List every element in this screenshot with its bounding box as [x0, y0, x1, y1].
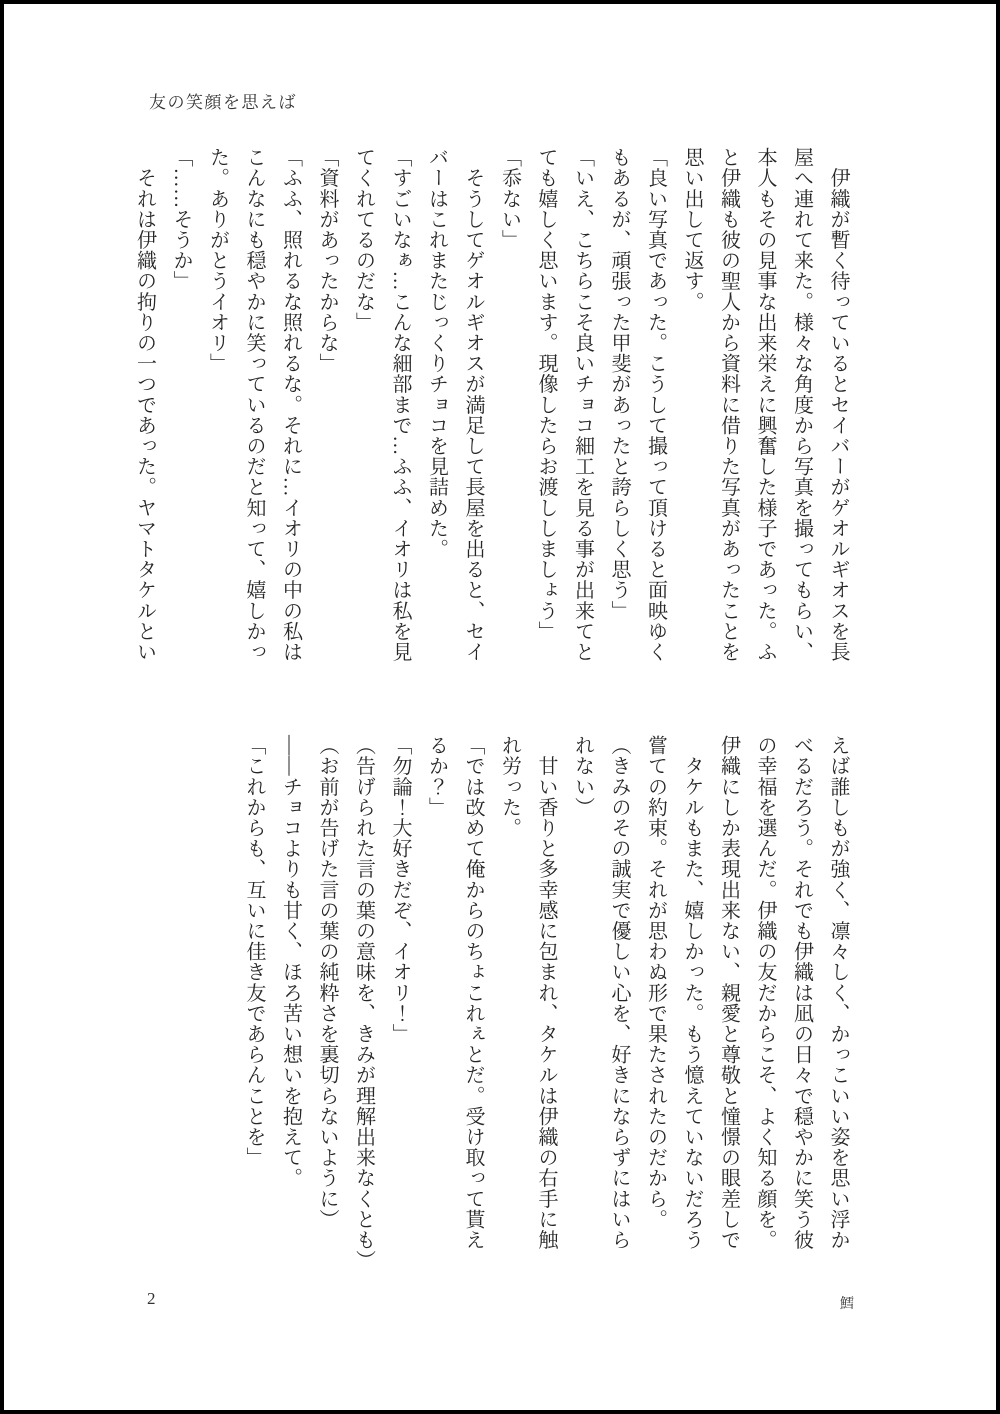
text-column: 「忝ない」	[491, 147, 528, 681]
bottom-text-block: えば誰しもが強く、凛々しく、かっこいい姿を思い浮か べるだろう。それでも伊織は凪…	[236, 735, 857, 1269]
text-column: 「良い写真であった。こうして撮って頂けると面映ゆく	[637, 147, 674, 681]
text-column: ――チョコよりも甘く、ほろ苦い想いを抱えて。	[272, 735, 309, 1269]
text-column: 「ふふ、照れるな照れるな。それに…イオリの中の私は	[272, 147, 309, 681]
text-column: と伊織も彼の聖人から資料に借りた写真があったことを	[710, 147, 747, 681]
text-column: るか？」	[418, 735, 455, 1269]
text-column: それは伊織の拘りの一つであった。ヤマトタケルとい	[126, 147, 163, 681]
text-column: 本人もその見事な出来栄えに興奮した様子であった。ふ	[747, 147, 784, 681]
text-column: の幸福を選んだ。伊織の友だからこそ、よく知る顔を。	[747, 735, 784, 1269]
text-column: 「……そうか」	[163, 147, 200, 681]
text-column: （きみのその誠実で優しい心を、好きにならずにはいら	[601, 735, 638, 1269]
text-column: 「これからも、互いに佳き友であらんことを」	[236, 735, 273, 1269]
top-text-block: 伊織が暫く待っているとセイバーがゲオルギオスを長 屋へ連れて来た。様々な角度から…	[126, 147, 856, 681]
text-column: 甘い香りと多幸感に包まれ、タケルは伊織の右手に触	[528, 735, 565, 1269]
text-column: 「では改めて俺からのちょこれぇとだ。受け取って貰え	[455, 735, 492, 1269]
text-column: こんなにも穏やかに笑っているのだと知って、嬉しかっ	[236, 147, 273, 681]
text-column: （告げられた言の葉の意味を、きみが理解出来なくとも）	[345, 735, 382, 1269]
text-column: そうしてゲオルギオスが満足して長屋を出ると、セイ	[455, 147, 492, 681]
author-mark: 鱈	[840, 1293, 854, 1313]
text-column: 「すごいなぁ…こんな細部まで…ふふ、イオリは私を見	[382, 147, 419, 681]
text-column: 思い出して返す。	[674, 147, 711, 681]
text-column: 「いえ、こちらこそ良いチョコ細工を見る事が出来てと	[564, 147, 601, 681]
text-column: れ労った。	[491, 735, 528, 1269]
text-column: 嘗ての約束。それが思わぬ形で果たされたのだから。	[637, 735, 674, 1269]
text-column: 「資料があったからな」	[309, 147, 346, 681]
text-column: 屋へ連れて来た。様々な角度から写真を撮ってもらい、	[783, 147, 820, 681]
text-column: えば誰しもが強く、凛々しく、かっこいい姿を思い浮か	[820, 735, 857, 1269]
text-column: 「勿論！大好きだぞ、イオリ！」	[382, 735, 419, 1269]
text-column: 伊織が暫く待っているとセイバーがゲオルギオスを長	[820, 147, 857, 681]
text-column: 伊織にしか表現出来ない、親愛と尊敬と憧憬の眼差しで	[710, 735, 747, 1269]
page-number: 2	[147, 1289, 156, 1309]
text-column: バーはこれまたじっくりチョコを見詰めた。	[418, 147, 455, 681]
page-title: 友の笑顔を思えば	[149, 88, 297, 113]
text-column: てくれてるのだな」	[345, 147, 382, 681]
document-page: 友の笑顔を思えば 伊織が暫く待っているとセイバーがゲオルギオスを長 屋へ連れて来…	[0, 0, 1000, 1414]
text-column: れない）	[564, 735, 601, 1269]
text-column: タケルもまた、嬉しかった。もう憶えていないだろう	[674, 735, 711, 1269]
text-column: ても嬉しく思います。現像したらお渡ししましょう」	[528, 147, 565, 681]
text-column: （お前が告げた言の葉の純粋さを裏切らないように）	[309, 735, 346, 1269]
text-column: もあるが、頑張った甲斐があったと誇らしく思う」	[601, 147, 638, 681]
text-column: た。ありがとうイオリ」	[199, 147, 236, 681]
text-column: べるだろう。それでも伊織は凪の日々で穏やかに笑う彼	[783, 735, 820, 1269]
